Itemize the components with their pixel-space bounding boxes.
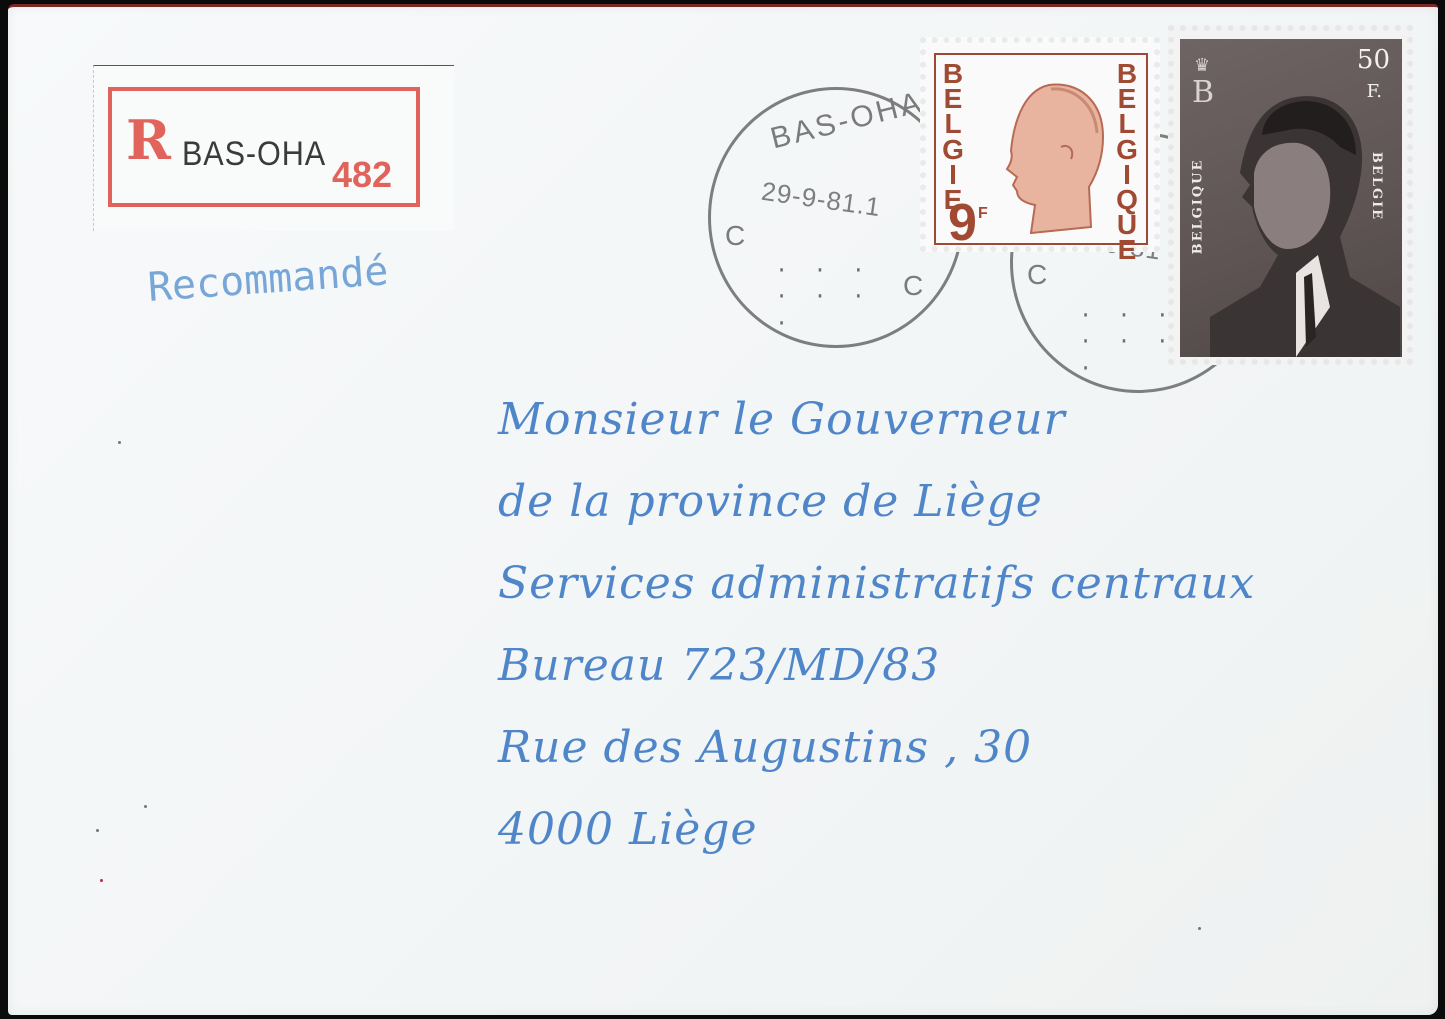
stamp-frame: B E L G I E B E L G I Q U E 9 F (934, 53, 1148, 245)
address-line: Rue des Augustins , 30 (498, 707, 1255, 789)
paper-speck (118, 441, 121, 444)
address-line: Monsieur le Gouverneur (498, 379, 1255, 461)
paper-speck (96, 829, 99, 832)
address-line: Bureau 723/MD/83 (498, 625, 1255, 707)
registration-number: 482 (332, 157, 392, 193)
paper-speck (144, 805, 147, 808)
address-line: Services administratifs centraux (498, 543, 1255, 625)
paper-speck (100, 879, 103, 882)
stamp-unit: F (978, 205, 988, 223)
postmark-code-right: C (903, 270, 923, 302)
stamp-9-franc: B E L G I E B E L G I Q U E 9 F (920, 37, 1160, 252)
address-line: 4000 Liège (498, 789, 1255, 871)
stamp-value: 50 (1357, 47, 1390, 73)
stamp-country-right: B E L G I Q U E (1112, 61, 1142, 263)
king-portrait-icon (1200, 77, 1400, 357)
stamp-country-left: B E L G I E (938, 61, 968, 212)
postmark-town: BAS-OHA (767, 86, 927, 157)
paper-speck (1198, 927, 1201, 930)
registration-label: R BAS-OHA 482 (108, 87, 420, 207)
postmark-dots: · · ·· · · · (775, 258, 871, 337)
king-profile-icon (991, 77, 1111, 237)
address-line: de la province de Liège (498, 461, 1255, 543)
crown-icon: ♛ (1194, 55, 1210, 76)
envelope: R BAS-OHA 482 Recommandé BAS-OHA 29-9-81… (8, 4, 1438, 1015)
postmark-code-left: C (1027, 259, 1047, 291)
registration-office: BAS-OHA (182, 137, 326, 171)
postmark-date: 29-9-81.1 (759, 176, 882, 223)
postmark-code-left: C (725, 220, 745, 252)
postmark-dots: · · ·· · · · (1079, 303, 1175, 382)
recommande-handstamp: Recommandé (146, 248, 389, 311)
stamp-body: ♛ B 50 F. BELGIQUE BELGIE (1180, 39, 1402, 357)
stamp-50-franc: ♛ B 50 F. BELGIQUE BELGIE (1168, 25, 1413, 365)
registration-letter: R (126, 113, 171, 167)
recipient-address: Monsieur le Gouverneur de la province de… (498, 379, 1255, 871)
stamp-value: 9 (948, 197, 977, 249)
